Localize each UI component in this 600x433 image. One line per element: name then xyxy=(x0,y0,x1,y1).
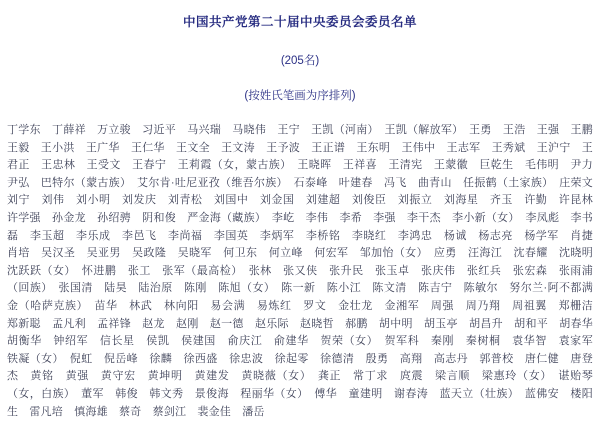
member-name-list: 丁学东 丁薛祥 万立骏 习近平 马兴瑞 马晓伟 王宁 王凯（河南） 王凯（解放军… xyxy=(7,122,593,421)
member-count-line: (205名) xyxy=(7,52,593,68)
document-title: 中国共产党第二十届中央委员会委员名单 xyxy=(7,12,593,30)
sort-order-line: (按姓氏笔画为序排列) xyxy=(7,87,593,103)
document-page: 中国共产党第二十届中央委员会委员名单 (205名) (按姓氏笔画为序排列) 丁学… xyxy=(0,0,600,433)
